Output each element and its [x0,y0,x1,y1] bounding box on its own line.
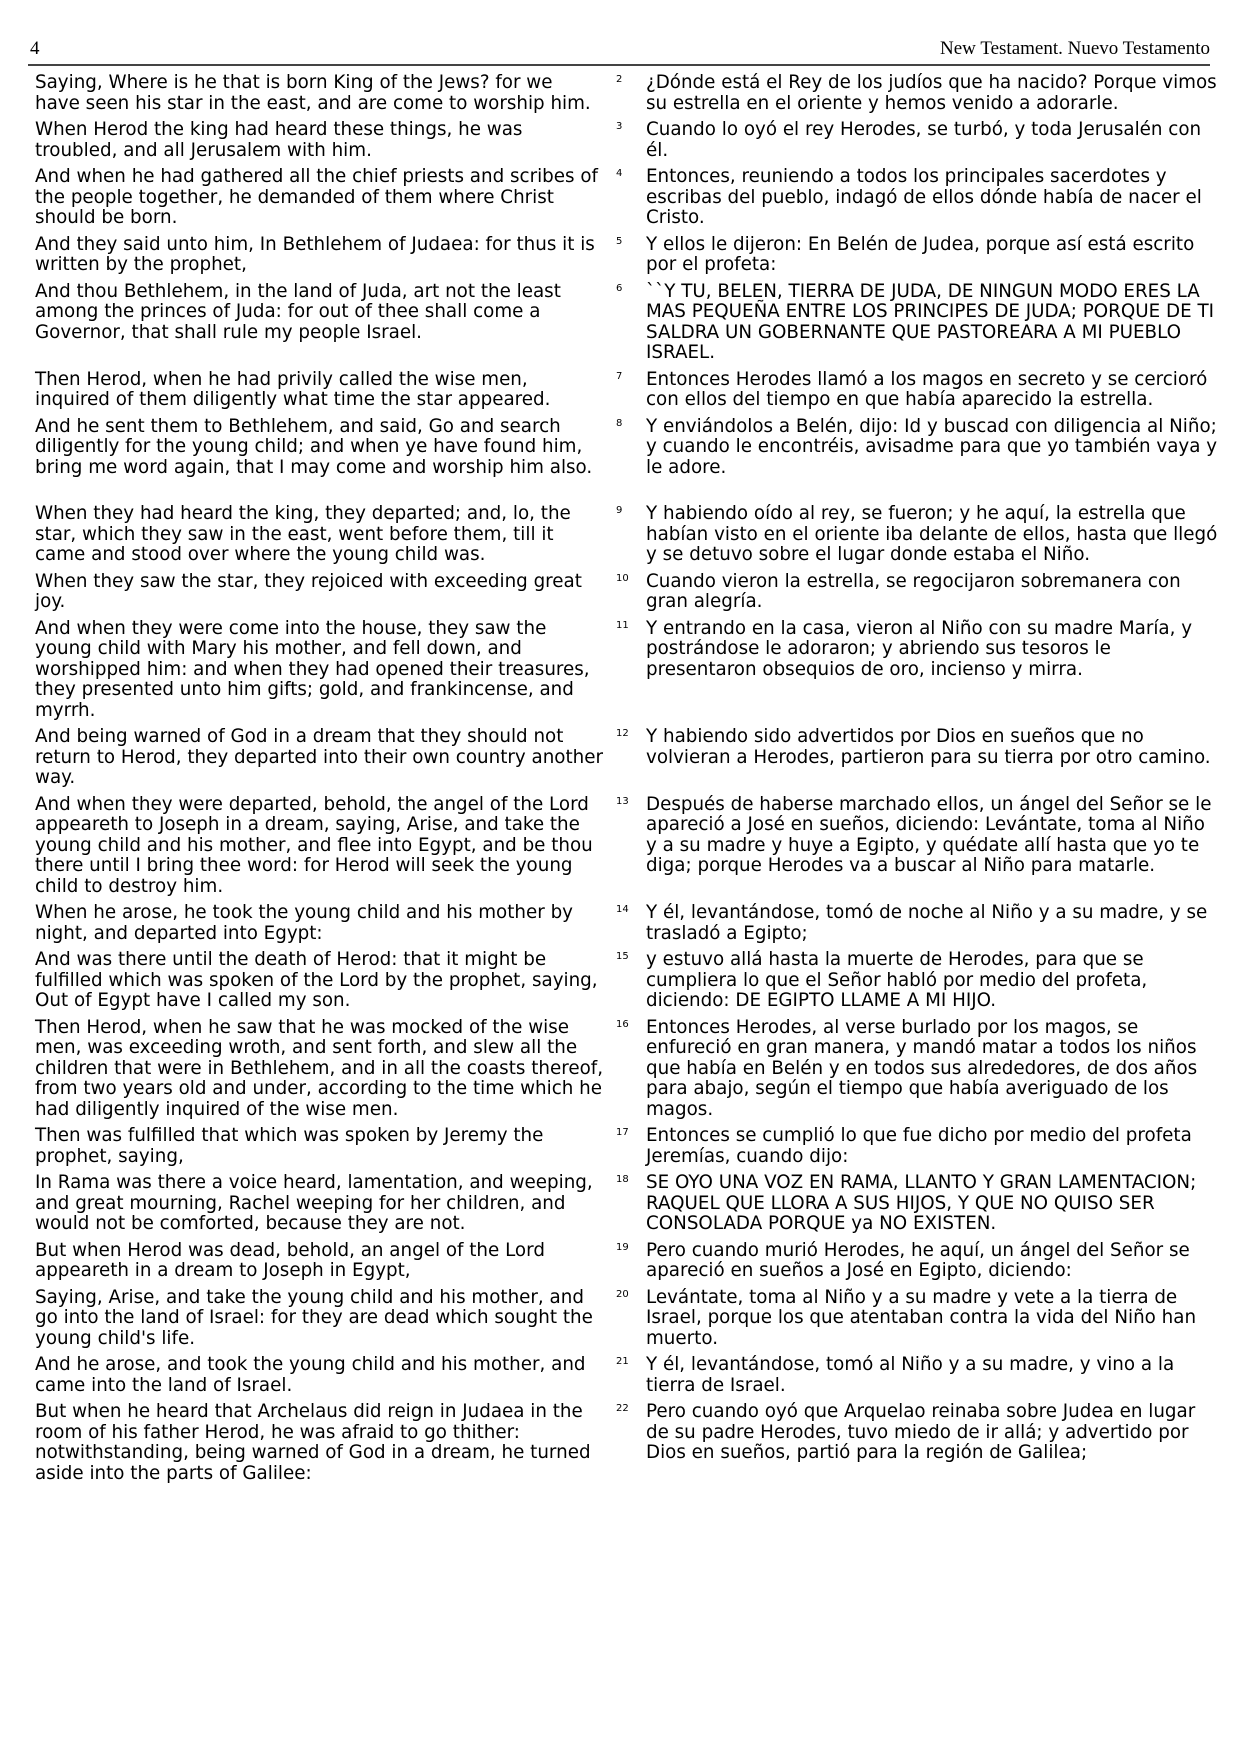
spanish-verse-text: Después de haberse marchado ellos, un án… [646,795,1221,877]
verse-number: 22 [616,1402,646,1416]
parallel-verse-columns: Saying, Where is he that is born King of… [0,73,1240,1490]
verse-row: And when they were departed, behold, the… [0,795,1240,898]
verse-row: And being warned of God in a dream that … [0,727,1240,789]
verse-number: 4 [616,167,646,181]
verse-number: 11 [616,619,646,633]
verse-row: And was there until the death of Herod: … [0,950,1240,1012]
verse-row: And when he had gathered all the chief p… [0,167,1240,229]
spanish-verse-text: Y él, levantándose, tomó de noche al Niñ… [646,903,1221,944]
verse-number: 8 [616,417,646,431]
verse-row: But when he heard that Archelaus did rei… [0,1402,1240,1484]
spanish-verse-text: Y ellos le dijeron: En Belén de Judea, p… [646,235,1221,276]
verse-number: 14 [616,903,646,917]
verse-number: 9 [616,504,646,518]
spanish-verse-text: Y enviándolos a Belén, dijo: Id y buscad… [646,417,1221,479]
verse-row: When they saw the star, they rejoiced wi… [0,572,1240,613]
spanish-verse-text: Cuando lo oyó el rey Herodes, se turbó, … [646,120,1221,161]
verse-row: Then Herod, when he had privily called t… [0,370,1240,411]
verse-row: And when they were come into the house, … [0,619,1240,722]
spanish-verse-text: Y él, levantándose, tomó al Niño y a su … [646,1355,1221,1396]
spanish-verse-text: Entonces Herodes, al verse burlado por l… [646,1018,1221,1121]
verse-number: 13 [616,795,646,809]
spanish-verse-text: Cuando vieron la estrella, se regocijaro… [646,572,1221,613]
verse-number: 5 [616,235,646,249]
spanish-verse-text: Pero cuando murió Herodes, he aquí, un á… [646,1241,1221,1282]
verse-row: And they said unto him, In Bethlehem of … [0,235,1240,276]
spanish-verse-text: Y entrando en la casa, vieron al Niño co… [646,619,1221,681]
page-number: 4 [30,38,40,60]
english-verse-text: When Herod the king had heard these thin… [35,120,603,161]
english-verse-text: And he arose, and took the young child a… [35,1355,603,1396]
english-verse-text: And when they were departed, behold, the… [35,795,603,898]
verse-number: 17 [616,1126,646,1140]
verse-number: 20 [616,1288,646,1302]
english-verse-text: And when he had gathered all the chief p… [35,167,603,229]
english-verse-text: And being warned of God in a dream that … [35,727,603,789]
spanish-verse-text: ``Y TU, BELEN, TIERRA DE JUDA, DE NINGUN… [646,282,1221,364]
english-verse-text: And he sent them to Bethlehem, and said,… [35,417,603,479]
spanish-verse-text: Y habiendo sido advertidos por Dios en s… [646,727,1221,768]
verse-row: Then Herod, when he saw that he was mock… [0,1018,1240,1121]
english-verse-text: And when they were come into the house, … [35,619,603,722]
verse-row: When Herod the king had heard these thin… [0,120,1240,161]
english-verse-text: When they had heard the king, they depar… [35,504,603,566]
verse-row: Then was fulfilled that which was spoken… [0,1126,1240,1167]
running-title: New Testament. Nuevo Testamento [940,38,1210,60]
verse-number: 16 [616,1018,646,1032]
verse-row: And he sent them to Bethlehem, and said,… [0,417,1240,479]
verse-number: 21 [616,1355,646,1369]
verse-number: 19 [616,1241,646,1255]
page-header: 4 New Testament. Nuevo Testamento [28,34,1210,66]
english-verse-text: When he arose, he took the young child a… [35,903,603,944]
spanish-verse-text: Entonces Herodes llamó a los magos en se… [646,370,1221,411]
english-verse-text: Then Herod, when he had privily called t… [35,370,603,411]
verse-row: And he arose, and took the young child a… [0,1355,1240,1396]
spanish-verse-text: y estuvo allá hasta la muerte de Herodes… [646,950,1221,1012]
verse-number: 10 [616,572,646,586]
spanish-verse-text: Y habiendo oído al rey, se fueron; y he … [646,504,1221,566]
english-verse-text: Saying, Where is he that is born King of… [35,73,603,114]
spanish-verse-text: SE OYO UNA VOZ EN RAMA, LLANTO Y GRAN LA… [646,1173,1221,1235]
verse-row: When he arose, he took the young child a… [0,903,1240,944]
verse-number: 7 [616,370,646,384]
english-verse-text: Then was fulfilled that which was spoken… [35,1126,603,1167]
english-verse-text: But when Herod was dead, behold, an ange… [35,1241,603,1282]
spanish-verse-text: Levántate, toma al Niño y a su madre y v… [646,1288,1221,1350]
english-verse-text: Saying, Arise, and take the young child … [35,1288,603,1350]
english-verse-text: Then Herod, when he saw that he was mock… [35,1018,603,1121]
verse-row: When they had heard the king, they depar… [0,504,1240,566]
english-verse-text: And was there until the death of Herod: … [35,950,603,1012]
spanish-verse-text: Entonces, reuniendo a todos los principa… [646,167,1221,229]
verse-number: 15 [616,950,646,964]
verse-number: 3 [616,120,646,134]
verse-row: But when Herod was dead, behold, an ange… [0,1241,1240,1282]
verse-number: 18 [616,1173,646,1187]
verse-number: 2 [616,73,646,87]
verse-row: Saying, Where is he that is born King of… [0,73,1240,114]
english-verse-text: But when he heard that Archelaus did rei… [35,1402,603,1484]
english-verse-text: And thou Bethlehem, in the land of Juda,… [35,282,603,344]
verse-row: And thou Bethlehem, in the land of Juda,… [0,282,1240,364]
spanish-verse-text: ¿Dónde está el Rey de los judíos que ha … [646,73,1221,114]
english-verse-text: And they said unto him, In Bethlehem of … [35,235,603,276]
verse-row: Saying, Arise, and take the young child … [0,1288,1240,1350]
verse-row: In Rama was there a voice heard, lamenta… [0,1173,1240,1235]
verse-number: 6 [616,282,646,296]
spanish-verse-text: Pero cuando oyó que Arquelao reinaba sob… [646,1402,1221,1464]
verse-number: 12 [616,727,646,741]
spanish-verse-text: Entonces se cumplió lo que fue dicho por… [646,1126,1221,1167]
english-verse-text: When they saw the star, they rejoiced wi… [35,572,603,613]
english-verse-text: In Rama was there a voice heard, lamenta… [35,1173,603,1235]
